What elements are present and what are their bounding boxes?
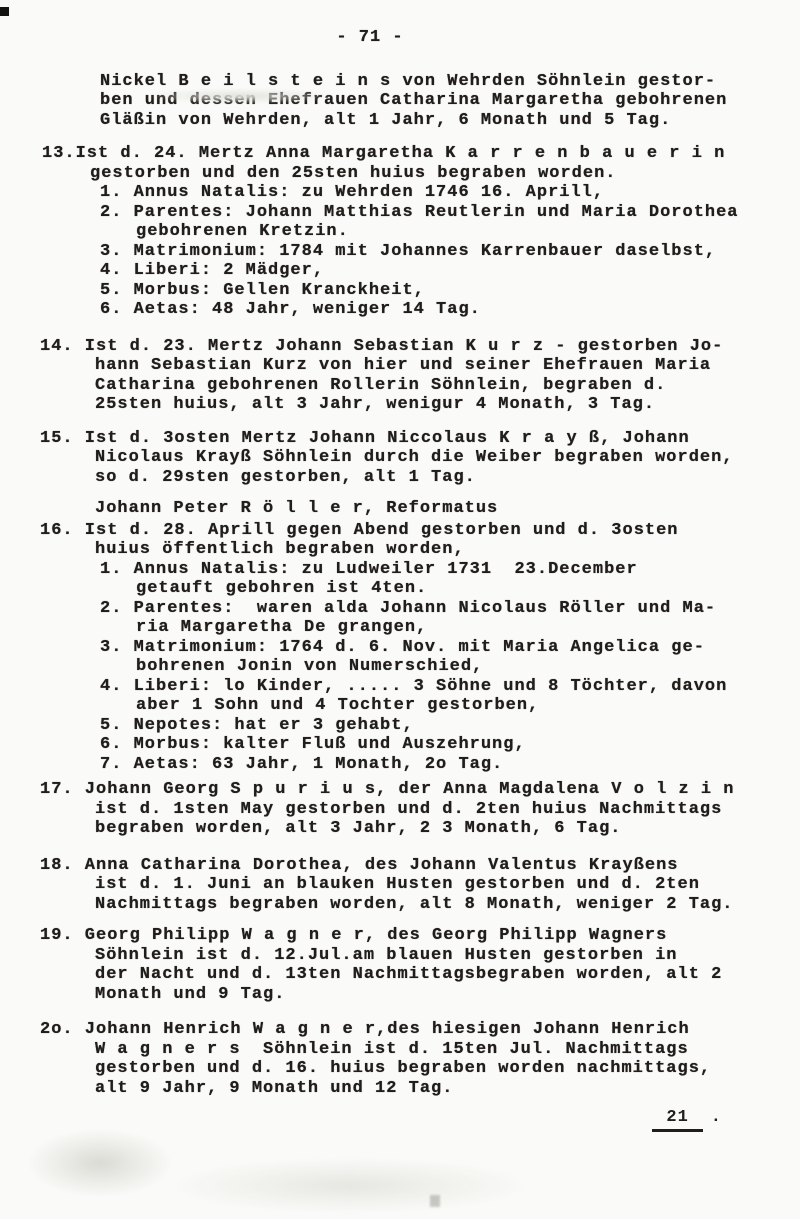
text-line: ist d. 1sten May gestorben und d. 2ten h… [95, 800, 800, 820]
sub-item-line: 5. Morbus: Gellen Kranckheit, [100, 281, 800, 301]
text-line: hann Sebastian Kurz von hier und seiner … [95, 356, 800, 376]
sub-item-line: 1. Annus Natalis: zu Wehrden 1746 16. Ap… [100, 183, 800, 203]
scan-artifact-corner [0, 7, 9, 16]
text-line: Monath und 9 Tag. [95, 985, 800, 1005]
text-line: Catharina gebohrenen Rollerin Söhnlein, … [95, 376, 800, 396]
entry-first-line: 18. Anna Catharina Dorothea, des Johann … [40, 856, 800, 876]
text-line: W a g n e r s Söhnlein ist d. 15ten Jul.… [95, 1040, 800, 1060]
sub-item-line: 3. Matrimonium: 1764 d. 6. Nov. mit Mari… [100, 638, 800, 658]
text-line: alt 9 Jahr, 9 Monath und 12 Tag. [95, 1079, 800, 1099]
entry-14: 14. Ist d. 23. Mertz Johann Sebastian K … [0, 337, 800, 415]
text-line: ria Margaretha De grangen, [136, 618, 800, 638]
scan-smudge [170, 1158, 530, 1213]
entry-first-line: 16. Ist d. 28. Aprill gegen Abend gestor… [40, 521, 800, 541]
footer-page-number-row: 21. [0, 1108, 800, 1132]
text-line: Johann Peter R ö l l e r, Reformatus [95, 499, 800, 519]
scan-smudge [690, 1135, 800, 1175]
text-line: so d. 29sten gestorben, alt 1 Tag. [95, 468, 800, 488]
footer-page-number-dot: . [711, 1108, 722, 1128]
sub-item-line: 2. Parentes: Johann Matthias Reutlerin u… [100, 203, 800, 223]
text-line: Gläßin von Wehrden, alt 1 Jahr, 6 Monath… [100, 111, 800, 131]
page-header-number: - 71 - [0, 28, 770, 48]
sub-item-line: 1. Annus Natalis: zu Ludweiler 1731 23.D… [100, 560, 800, 580]
entry-15: 15. Ist d. 3osten Mertz Johann Niccolaus… [0, 429, 800, 488]
sub-item-line: 5. Nepotes: hat er 3 gehabt, [100, 716, 800, 736]
sub-item-line: 4. Liberi: 2 Mädger, [100, 261, 800, 281]
sub-item-line: 6. Aetas: 48 Jahr, weniger 14 Tag. [100, 300, 800, 320]
sub-item-line: 7. Aetas: 63 Jahr, 1 Monath, 2o Tag. [100, 755, 800, 775]
sub-item-line: 2. Parentes: waren alda Johann Nicolaus … [100, 599, 800, 619]
text-line: getauft gebohren ist 4ten. [136, 579, 800, 599]
text-line: gestorben und den 25sten huius begraben … [90, 164, 800, 184]
sub-item-line: 3. Matrimonium: 1784 mit Johannes Karren… [100, 242, 800, 262]
entry-18: 18. Anna Catharina Dorothea, des Johann … [0, 856, 800, 915]
entry-16: 16. Ist d. 28. Aprill gegen Abend gestor… [0, 521, 800, 775]
scan-smudge [25, 1128, 175, 1198]
text-line: Söhnlein ist d. 12.Jul.am blauen Husten … [95, 946, 800, 966]
entry-first-line: 2o. Johann Henrich W a g n e r,des hiesi… [40, 1020, 800, 1040]
entry-beilstein-continuation: Nickel B e i l s t e i n s von Wehrden S… [0, 72, 800, 131]
text-line: gebohrenen Kretzin. [136, 222, 800, 242]
scanned-register-page: - 71 - Nickel B e i l s t e i n s von We… [0, 0, 800, 1219]
entry-13: 13.Ist d. 24. Mertz Anna Margaretha K a … [0, 144, 800, 320]
text-line: Nachmittags begraben worden, alt 8 Monat… [95, 895, 800, 915]
text-line: aber 1 Sohn und 4 Tochter gestorben, [136, 696, 800, 716]
text-line: 25sten huius, alt 3 Jahr, wenigur 4 Mona… [95, 395, 800, 415]
text-line: begraben worden, alt 3 Jahr, 2 3 Monath,… [95, 819, 800, 839]
entry-first-line: 19. Georg Philipp W a g n e r, des Georg… [40, 926, 800, 946]
text-line: Nickel B e i l s t e i n s von Wehrden S… [100, 72, 800, 92]
entry-first-line: 15. Ist d. 3osten Mertz Johann Niccolaus… [40, 429, 800, 449]
entry-19: 19. Georg Philipp W a g n e r, des Georg… [0, 926, 800, 1004]
entry-first-line: 17. Johann Georg S p u r i u s, der Anna… [40, 780, 800, 800]
entry-first-line: 13.Ist d. 24. Mertz Anna Margaretha K a … [42, 144, 800, 164]
heading-roeller: Johann Peter R ö l l e r, Reformatus [0, 499, 800, 519]
text-line: ist d. 1. Juni an blauken Husten gestorb… [95, 875, 800, 895]
scan-smudge [430, 1195, 440, 1207]
footer-page-number: 21 [652, 1108, 702, 1132]
sub-item-line: 4. Liberi: lo Kinder, ..... 3 Söhne und … [100, 677, 800, 697]
text-line: Nicolaus Krayß Söhnlein durch die Weiber… [95, 448, 800, 468]
entry-first-line: 14. Ist d. 23. Mertz Johann Sebastian K … [40, 337, 800, 357]
text-line: ben und dessen Ehefrauen Catharina Marga… [100, 91, 800, 111]
text-line: bohrenen Jonin von Numerschied, [136, 657, 800, 677]
entry-20: 2o. Johann Henrich W a g n e r,des hiesi… [0, 1020, 800, 1098]
text-line: gestorben und d. 16. huius begraben word… [95, 1059, 800, 1079]
entry-17: 17. Johann Georg S p u r i u s, der Anna… [0, 780, 800, 839]
sub-item-line: 6. Morbus: kalter Fluß und Auszehrung, [100, 735, 800, 755]
text-line: huius öffentlich begraben worden, [95, 540, 800, 560]
text-line: der Nacht und d. 13ten Nachmittagsbegrab… [95, 965, 800, 985]
